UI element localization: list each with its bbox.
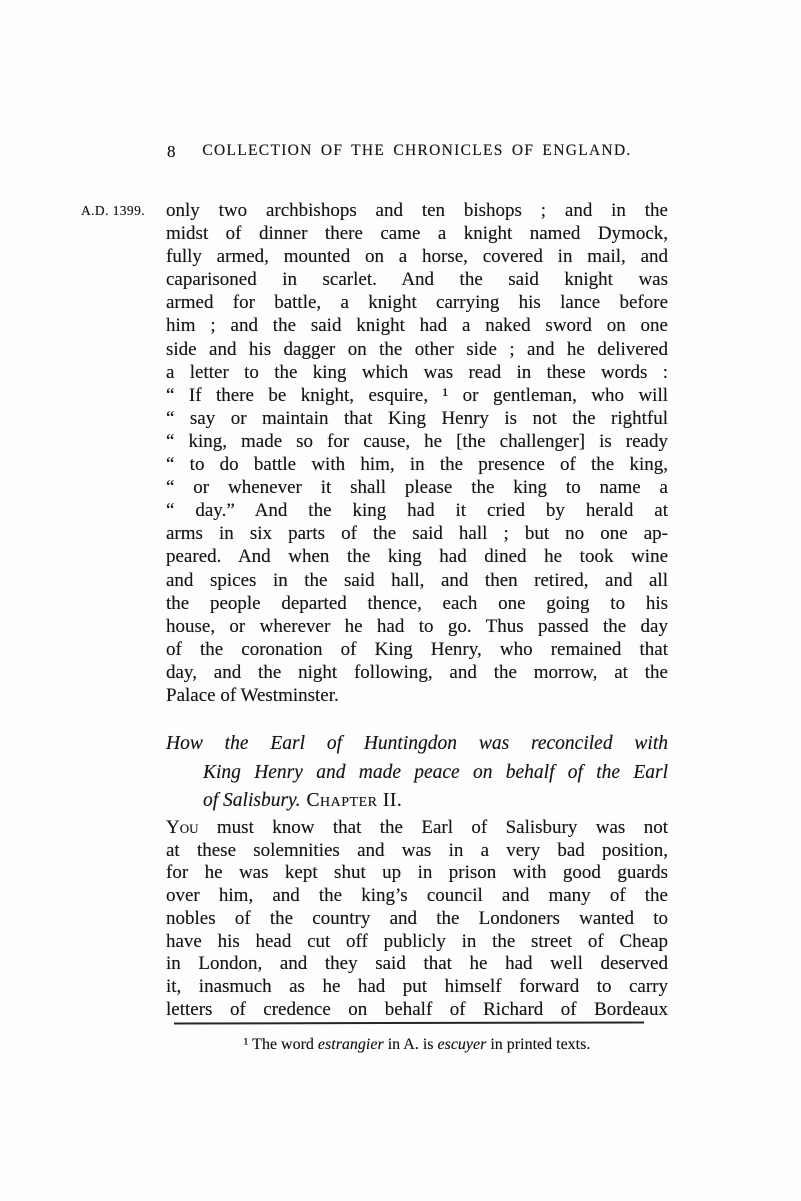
footnote-divider-rule [174, 1022, 644, 1025]
text-line: “ or whenever it shall please the king t… [166, 476, 668, 499]
text-line: “ to do battle with him, in the presence… [166, 453, 668, 476]
text-line: peared. And when the king had dined he t… [166, 545, 668, 568]
text-line: You must know that the Earl of Salisbury… [166, 817, 668, 840]
footnote-text: The word [248, 1036, 317, 1053]
paragraph-continuation: at these solemnities and was in a very b… [166, 840, 668, 1022]
text-line: armed for battle, a knight carrying his … [166, 291, 668, 314]
text-line: side and his dagger on the other side ; … [166, 338, 668, 361]
text-line: for he was kept shut up in prison with g… [166, 862, 668, 885]
footnote-text: in printed texts. [486, 1036, 590, 1053]
text-line: “ If there be knight, esquire, ¹ or gent… [166, 384, 668, 407]
paragraph-lead-rest: must know that the Earl of Salisbury was… [217, 817, 668, 838]
text-line: letters of credence on behalf of Richard… [166, 999, 668, 1022]
text-line: a letter to the king which was read in t… [166, 361, 668, 384]
text-line: “ king, made so for cause, he [the chall… [166, 430, 668, 453]
chapter-heading-tail: of Salisbury. [203, 790, 301, 811]
footnote-italic-term: estrangier [318, 1036, 384, 1053]
footnote-italic-term: escuyer [438, 1036, 487, 1053]
running-head: 8 COLLECTION OF THE CHRONICLES OF ENGLAN… [166, 142, 668, 164]
text-line: Palace of Westminster. [166, 684, 668, 707]
text-line: over him, and the king’s council and man… [166, 885, 668, 908]
text-line: arms in six parts of the said hall ; but… [166, 522, 668, 545]
text-line: day, and the night following, and the mo… [166, 661, 668, 684]
margin-date-note: A.D. 1399. [81, 203, 145, 219]
running-head-title: COLLECTION OF THE CHRONICLES OF ENGLAND. [166, 142, 668, 160]
text-line: in London, and they said that he had wel… [166, 953, 668, 976]
chapter-heading-line: How the Earl of Huntingdon was reconcile… [166, 730, 668, 759]
page-number: 8 [167, 142, 176, 162]
text-line: of the coronation of King Henry, who rem… [166, 638, 668, 661]
chapter-heading-line: King Henry and made peace on behalf of t… [166, 759, 668, 788]
paragraph-salisbury: You must know that the Earl of Salisbury… [166, 817, 668, 1021]
text-line: at these solemnities and was in a very b… [166, 840, 668, 863]
text-line: and spices in the said hall, and then re… [166, 569, 668, 592]
text-line: only two archbishops and ten bishops ; a… [166, 199, 668, 222]
chapter-heading-line: of Salisbury.Chapter II. [166, 787, 668, 816]
paragraph-coronation: only two archbishops and ten bishops ; a… [166, 199, 668, 707]
text-line: “ day.” And the king had it cried by her… [166, 499, 668, 522]
text-line: fully armed, mounted on a horse, covered… [166, 245, 668, 268]
text-line: midst of dinner there came a knight name… [166, 222, 668, 245]
text-line: house, or wherever he had to go. Thus pa… [166, 615, 668, 638]
text-line: him ; and the said knight had a naked sw… [166, 314, 668, 337]
text-line: have his head cut off publicly in the st… [166, 931, 668, 954]
footnote-text: in A. is [384, 1036, 438, 1053]
footnote: ¹ The word estrangier in A. is escuyer i… [166, 1036, 668, 1054]
book-page: 8 COLLECTION OF THE CHRONICLES OF ENGLAN… [0, 0, 801, 1201]
text-line: caparisoned in scarlet. And the said kni… [166, 268, 668, 291]
chapter-heading: How the Earl of Huntingdon was reconcile… [166, 730, 668, 816]
chapter-label: Chapter II. [301, 790, 403, 811]
text-line: it, inasmuch as he had put himself forwa… [166, 976, 668, 999]
paragraph-lead-word: You [166, 817, 199, 838]
text-line: nobles of the country and the Londoners … [166, 908, 668, 931]
text-line: “ say or maintain that King Henry is not… [166, 407, 668, 430]
text-line: the people departed thence, each one goi… [166, 592, 668, 615]
